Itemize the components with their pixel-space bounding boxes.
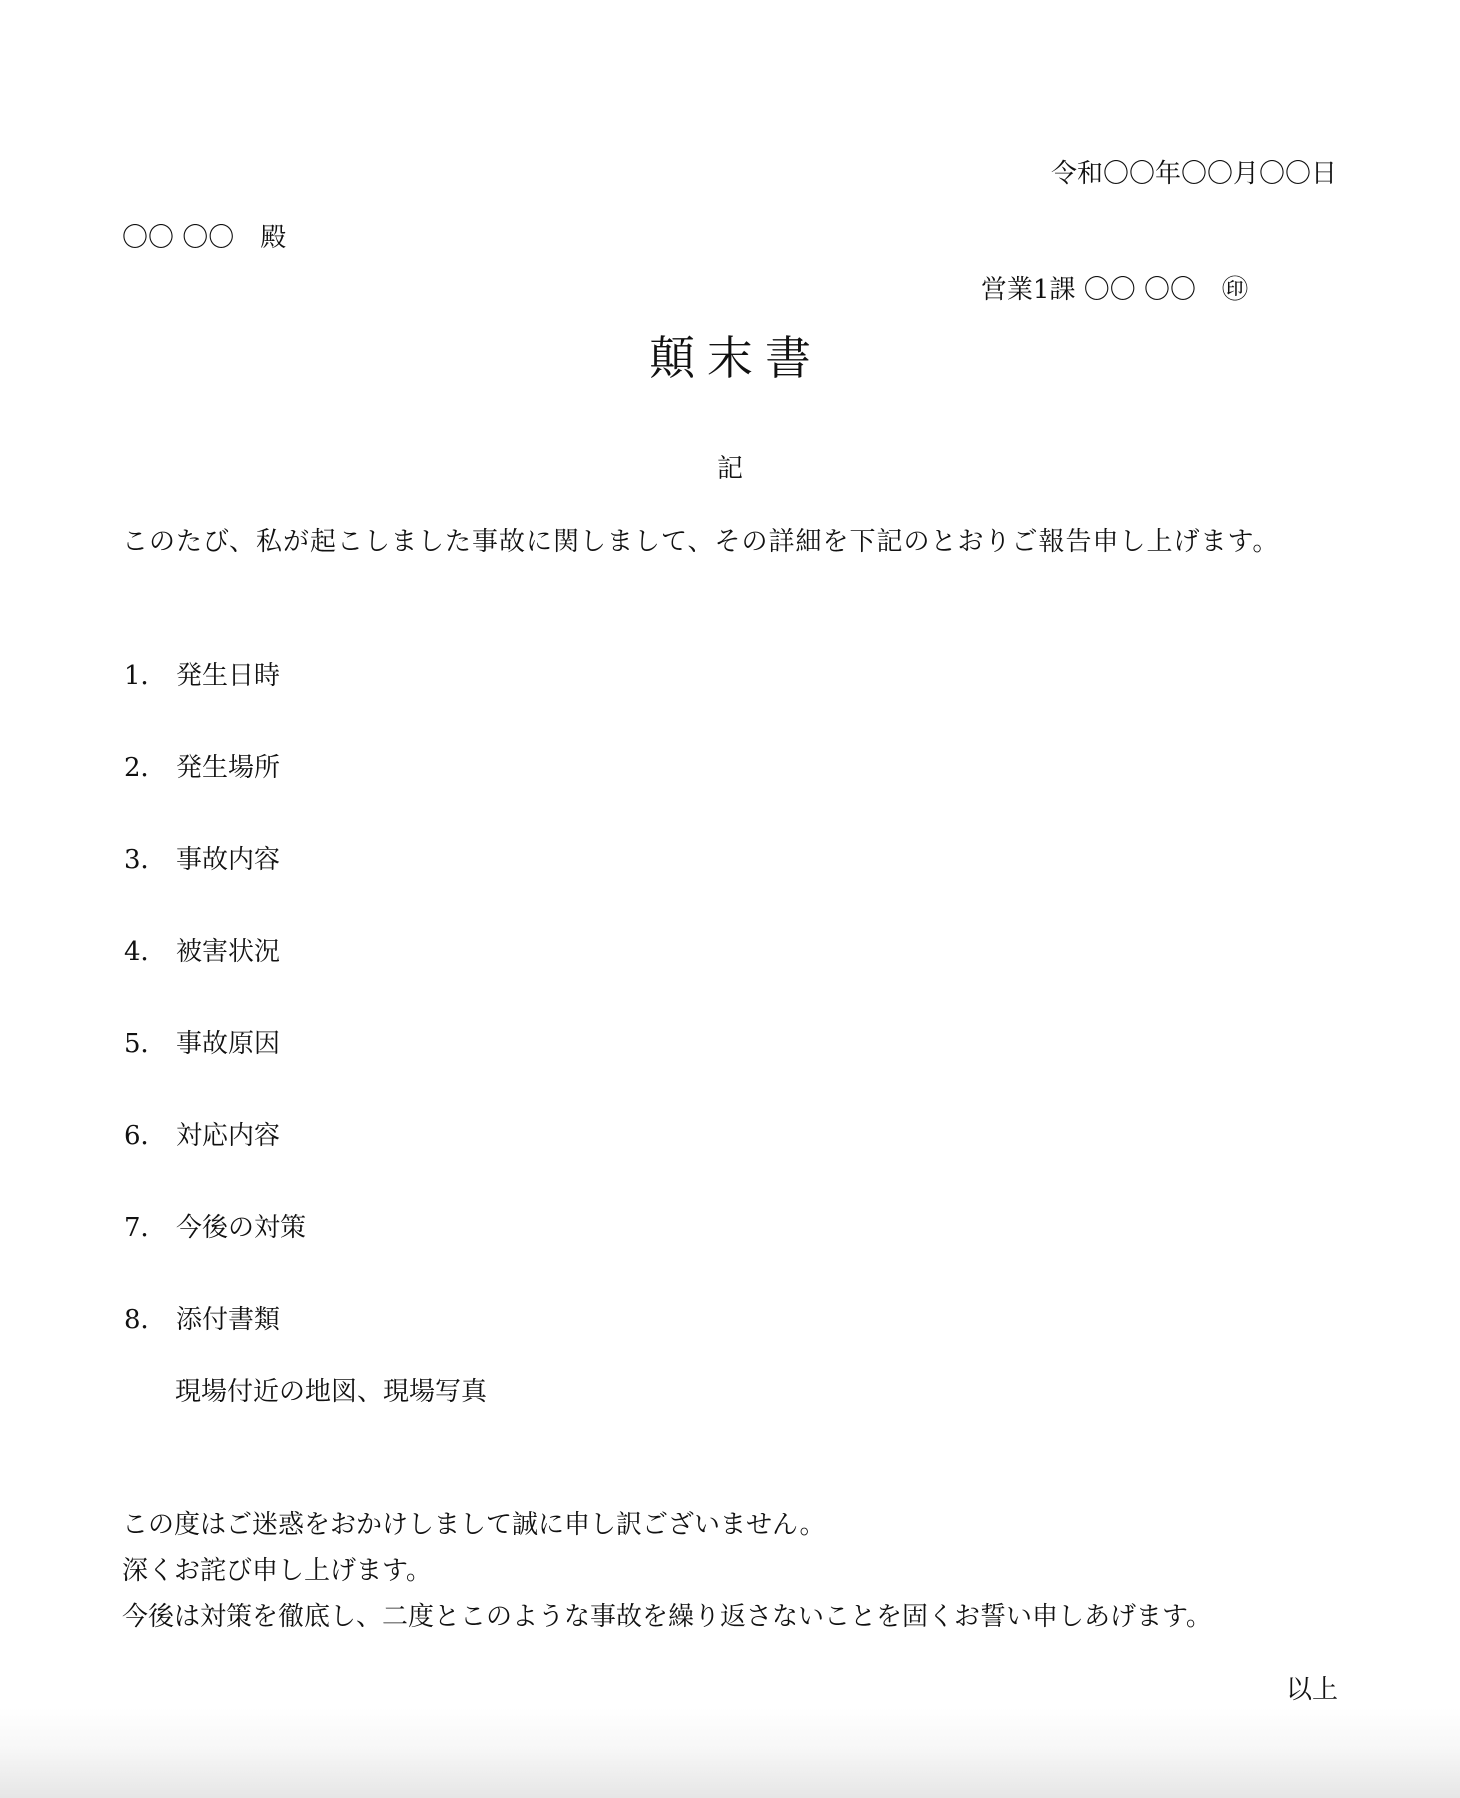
attachments-detail: 現場付近の地図、現場写真 xyxy=(175,1374,487,1410)
list-item-label: 事故内容 xyxy=(176,842,280,878)
list-item-number: 4． xyxy=(124,934,176,970)
document-page: 令和〇〇年〇〇月〇〇日 〇〇 〇〇 殿 営業1課 〇〇 〇〇 ㊞ 顛末書 記 こ… xyxy=(0,0,1460,1798)
list-item-label: 添付書類 xyxy=(176,1302,280,1338)
closing-line-1: この度はご迷惑をおかけしまして誠に申し訳ございません。 xyxy=(122,1507,826,1543)
list-item-number: 8． xyxy=(124,1302,176,1338)
list-item: 8． 添付書類 xyxy=(124,1302,280,1338)
list-item-number: 2． xyxy=(124,750,176,786)
list-item-number: 6． xyxy=(124,1118,176,1154)
list-item-number: 7． xyxy=(124,1210,176,1246)
list-item-label: 今後の対策 xyxy=(176,1210,306,1246)
document-title: 顛末書 xyxy=(0,330,1460,386)
closing-line-3: 今後は対策を徹底し、二度とこのような事故を繰り返さないことを固くお誓い申しあげま… xyxy=(122,1599,1212,1635)
end-mark: 以上 xyxy=(1286,1672,1338,1708)
list-item-label: 被害状況 xyxy=(176,934,280,970)
page-bottom-shadow xyxy=(0,1708,1460,1798)
list-item-number: 5． xyxy=(124,1026,176,1062)
list-item-label: 発生日時 xyxy=(176,658,280,694)
list-item-label: 対応内容 xyxy=(176,1118,280,1154)
list-item: 2． 発生場所 xyxy=(124,750,280,786)
ki-heading: 記 xyxy=(0,451,1460,487)
sender-info: 営業1課 〇〇 〇〇 ㊞ xyxy=(981,272,1248,308)
list-item-number: 3． xyxy=(124,842,176,878)
list-item-label: 事故原因 xyxy=(176,1026,280,1062)
document-date: 令和〇〇年〇〇月〇〇日 xyxy=(1051,156,1337,192)
list-item: 3． 事故内容 xyxy=(124,842,280,878)
list-item: 1． 発生日時 xyxy=(124,658,280,694)
list-item: 7． 今後の対策 xyxy=(124,1210,306,1246)
recipient-name: 〇〇 〇〇 殿 xyxy=(122,220,286,256)
list-item-number: 1． xyxy=(124,658,176,694)
intro-paragraph: このたび、私が起こしました事故に関しまして、その詳細を下記のとおりご報告申し上げ… xyxy=(122,524,1279,560)
list-item: 5． 事故原因 xyxy=(124,1026,280,1062)
list-item: 6． 対応内容 xyxy=(124,1118,280,1154)
list-item: 4． 被害状況 xyxy=(124,934,280,970)
list-item-label: 発生場所 xyxy=(176,750,280,786)
closing-line-2: 深くお詫び申し上げます。 xyxy=(122,1553,432,1589)
